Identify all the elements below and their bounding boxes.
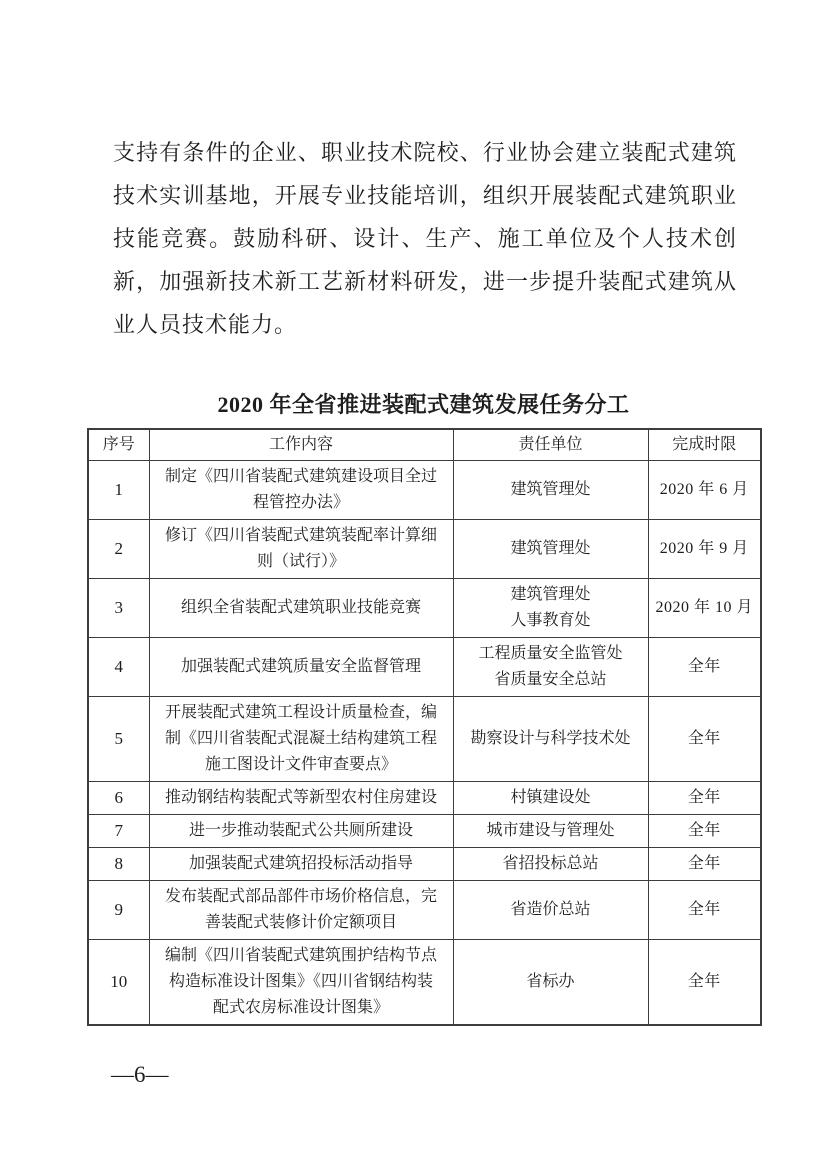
table-row: 8加强装配式建筑招投标活动指导省招投标总站全年 — [88, 848, 761, 881]
table-row: 10编制《四川省装配式建筑围护结构节点 构造标准设计图集》《四川省钢结构装 配式… — [88, 940, 761, 1026]
row-deadline-cell: 全年 — [648, 697, 761, 782]
row-seq-cell: 5 — [88, 697, 149, 782]
row-unit-cell: 省标办 — [453, 940, 648, 1026]
row-unit-cell: 省招投标总站 — [453, 848, 648, 881]
row-deadline-cell: 2020 年 9 月 — [648, 520, 761, 579]
row-seq-cell: 1 — [88, 461, 149, 520]
row-deadline-cell: 全年 — [648, 782, 761, 815]
table-row: 9发布装配式部品部件市场价格信息，完 善装配式装修计价定额项目省造价总站全年 — [88, 881, 761, 940]
row-unit-cell: 村镇建设处 — [453, 782, 648, 815]
row-unit-cell: 工程质量安全监管处 省质量安全总站 — [453, 638, 648, 697]
page-number: —6— — [111, 1062, 169, 1088]
row-deadline-cell: 全年 — [648, 638, 761, 697]
row-deadline-cell: 全年 — [648, 940, 761, 1026]
table-row: 5开展装配式建筑工程设计质量检查，编 制《四川省装配式混凝土结构建筑工程 施工图… — [88, 697, 761, 782]
row-deadline-cell: 全年 — [648, 848, 761, 881]
row-task-cell: 加强装配式建筑质量安全监督管理 — [149, 638, 453, 697]
row-task-cell: 制定《四川省装配式建筑建设项目全过 程管控办法》 — [149, 461, 453, 520]
task-assignment-table: 序号 工作内容 责任单位 完成时限 1制定《四川省装配式建筑建设项目全过 程管控… — [87, 428, 762, 1026]
table-row: 6推动钢结构装配式等新型农村住房建设村镇建设处全年 — [88, 782, 761, 815]
row-unit-cell: 省造价总站 — [453, 881, 648, 940]
row-task-cell: 组织全省装配式建筑职业技能竞赛 — [149, 579, 453, 638]
row-task-cell: 进一步推动装配式公共厕所建设 — [149, 815, 453, 848]
row-seq-cell: 4 — [88, 638, 149, 697]
row-unit-cell: 建筑管理处 人事教育处 — [453, 579, 648, 638]
column-header-seq: 序号 — [88, 429, 149, 461]
body-paragraph: 支持有条件的企业、职业技术院校、行业协会建立装配式建筑技术实训基地，开展专业技能… — [113, 131, 737, 346]
row-task-cell: 编制《四川省装配式建筑围护结构节点 构造标准设计图集》《四川省钢结构装 配式农房… — [149, 940, 453, 1026]
column-header-unit: 责任单位 — [453, 429, 648, 461]
table-row: 4加强装配式建筑质量安全监督管理工程质量安全监管处 省质量安全总站全年 — [88, 638, 761, 697]
table-row: 3组织全省装配式建筑职业技能竞赛建筑管理处 人事教育处2020 年 10 月 — [88, 579, 761, 638]
row-seq-cell: 6 — [88, 782, 149, 815]
row-deadline-cell: 2020 年 10 月 — [648, 579, 761, 638]
row-task-cell: 发布装配式部品部件市场价格信息，完 善装配式装修计价定额项目 — [149, 881, 453, 940]
row-task-cell: 开展装配式建筑工程设计质量检查，编 制《四川省装配式混凝土结构建筑工程 施工图设… — [149, 697, 453, 782]
row-deadline-cell: 全年 — [648, 815, 761, 848]
row-unit-cell: 建筑管理处 — [453, 461, 648, 520]
document-page: 支持有条件的企业、职业技术院校、行业协会建立装配式建筑技术实训基地，开展专业技能… — [0, 0, 826, 1169]
row-seq-cell: 3 — [88, 579, 149, 638]
column-header-deadline: 完成时限 — [648, 429, 761, 461]
table-row: 1制定《四川省装配式建筑建设项目全过 程管控办法》建筑管理处2020 年 6 月 — [88, 461, 761, 520]
row-seq-cell: 7 — [88, 815, 149, 848]
row-seq-cell: 9 — [88, 881, 149, 940]
row-unit-cell: 建筑管理处 — [453, 520, 648, 579]
row-unit-cell: 城市建设与管理处 — [453, 815, 648, 848]
row-task-cell: 修订《四川省装配式建筑装配率计算细 则（试行）》 — [149, 520, 453, 579]
row-seq-cell: 2 — [88, 520, 149, 579]
row-task-cell: 推动钢结构装配式等新型农村住房建设 — [149, 782, 453, 815]
row-task-cell: 加强装配式建筑招投标活动指导 — [149, 848, 453, 881]
row-seq-cell: 10 — [88, 940, 149, 1026]
row-deadline-cell: 全年 — [648, 881, 761, 940]
table-title: 2020 年全省推进装配式建筑发展任务分工 — [87, 391, 760, 419]
table-row: 2修订《四川省装配式建筑装配率计算细 则（试行）》建筑管理处2020 年 9 月 — [88, 520, 761, 579]
table-header-row: 序号 工作内容 责任单位 完成时限 — [88, 429, 761, 461]
table-row: 7进一步推动装配式公共厕所建设城市建设与管理处全年 — [88, 815, 761, 848]
row-deadline-cell: 2020 年 6 月 — [648, 461, 761, 520]
row-unit-cell: 勘察设计与科学技术处 — [453, 697, 648, 782]
column-header-task: 工作内容 — [149, 429, 453, 461]
row-seq-cell: 8 — [88, 848, 149, 881]
